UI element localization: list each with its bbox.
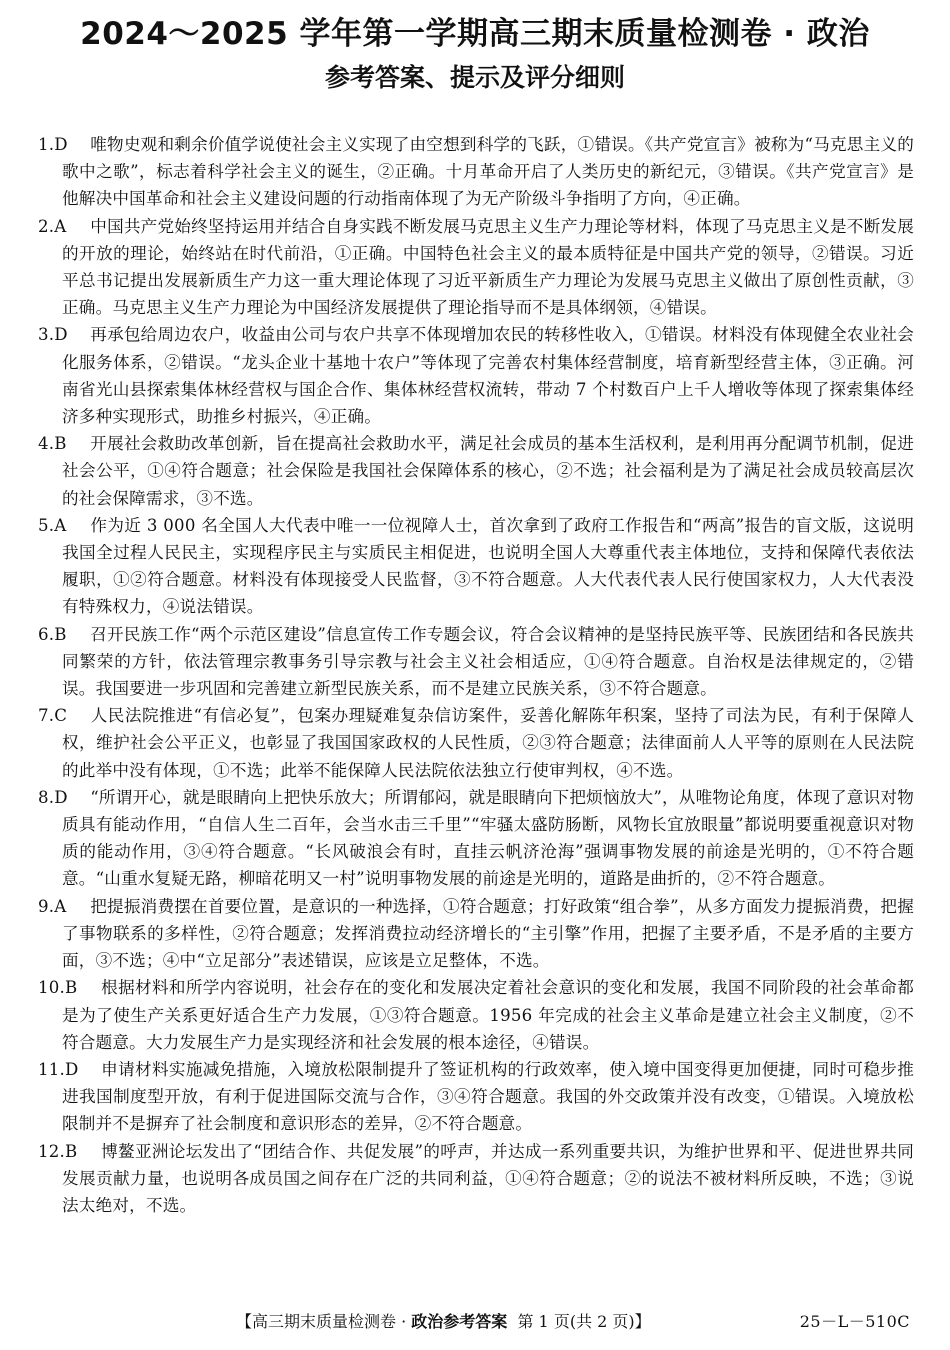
answer-explanation: 召开民族工作“两个示范区建设”信息宣传工作专题会议，符合会议精神的是坚持民族平等…	[62, 625, 914, 698]
answer-explanation: 唯物史观和剩余价值学说使社会主义实现了由空想到科学的飞跃，①错误。《共产党宣言》…	[62, 135, 914, 208]
answer-item-6: 6.B召开民族工作“两个示范区建设”信息宣传工作专题会议，符合会议精神的是坚持民…	[38, 621, 914, 703]
answer-explanation: 申请材料实施减免措施，入境放松限制提升了签证机构的行政效率，使入境中国变得更加便…	[62, 1060, 914, 1133]
answer-letter: B	[54, 621, 90, 648]
answer-item-5: 5.A作为近 3 000 名全国人大代表中唯一一位视障人士，首次拿到了政府工作报…	[38, 512, 914, 621]
answer-explanation: 根据材料和所学内容说明，社会存在的变化和发展决定着社会意识的变化和发展，我国不同…	[62, 978, 914, 1051]
answer-number: 10.	[38, 978, 65, 997]
answer-letter: B	[65, 974, 101, 1001]
document-title: 2024～2025 学年第一学期高三期末质量检测卷 · 政治	[0, 12, 950, 56]
answer-number: 1.	[38, 135, 54, 154]
footer-open-bracket: 【	[236, 1312, 252, 1331]
answer-explanation: 开展社会救助改革创新，旨在提高社会救助水平，满足社会成员的基本生活权利，是利用再…	[62, 434, 914, 507]
answer-explanation: 人民法院推进“有信必复”，包案办理疑难复杂信访案件，妥善化解陈年积案，坚持了司法…	[62, 706, 914, 779]
answer-number: 7.	[38, 706, 54, 725]
answer-number: 4.	[38, 434, 54, 453]
answer-explanation: “所谓开心，就是眼睛向上把快乐放大；所谓郁闷，就是眼睛向下把烦恼放大”，从唯物论…	[62, 788, 914, 889]
answer-letter: B	[65, 1138, 101, 1165]
answer-number: 8.	[38, 788, 54, 807]
answer-letter: D	[65, 1056, 101, 1083]
answer-number: 3.	[38, 325, 54, 344]
answer-item-12: 12.B博鳌亚洲论坛发出了“团结合作、共促发展”的呼声，并达成一系列重要共识，为…	[38, 1138, 914, 1220]
answer-item-8: 8.D“所谓开心，就是眼睛向上把快乐放大；所谓郁闷，就是眼睛向下把烦恼放大”，从…	[38, 784, 914, 893]
answer-explanation: 再承包给周边农户，收益由公司与农户共享不体现增加农民的转移性收入，①错误。材料没…	[62, 325, 914, 426]
answer-item-9: 9.A把提振消费摆在首要位置，是意识的一种选择，①符合题意；打好政策“组合拳”，…	[38, 893, 914, 975]
answer-number: 11.	[38, 1060, 65, 1079]
answer-explanation: 中国共产党始终坚持运用并结合自身实践不断发展马克思主义生产力理论等材料，体现了马…	[62, 217, 914, 318]
answer-explanation: 博鳌亚洲论坛发出了“团结合作、共促发展”的呼声，并达成一系列重要共识，为维护世界…	[62, 1142, 914, 1215]
answer-letter: D	[54, 321, 90, 348]
document-subtitle: 参考答案、提示及评分细则	[0, 60, 950, 96]
answer-item-1: 1.D唯物史观和剩余价值学说使社会主义实现了由空想到科学的飞跃，①错误。《共产党…	[38, 131, 914, 213]
answer-letter: C	[54, 702, 90, 729]
answer-number: 2.	[38, 217, 54, 236]
answer-item-10: 10.B根据材料和所学内容说明，社会存在的变化和发展决定着社会意识的变化和发展，…	[38, 974, 914, 1056]
page-footer: 【高三期末质量检测卷 · 政治参考答案 第 1 页(共 2 页)】 25－L－5…	[0, 1310, 950, 1334]
answer-number: 9.	[38, 897, 54, 916]
answer-list: 1.D唯物史观和剩余价值学说使社会主义实现了由空想到科学的飞跃，①错误。《共产党…	[38, 131, 914, 1219]
answer-letter: D	[54, 131, 90, 158]
footer-exam-name: 高三期末质量检测卷 ·	[252, 1312, 411, 1331]
footer-subject: 政治参考答案	[411, 1312, 507, 1331]
answer-number: 5.	[38, 516, 54, 535]
answer-letter: D	[54, 784, 90, 811]
footer-close-bracket: 】	[635, 1312, 651, 1331]
answer-item-3: 3.D再承包给周边农户，收益由公司与农户共享不体现增加农民的转移性收入，①错误。…	[38, 321, 914, 430]
answer-letter: A	[54, 512, 90, 539]
document-code: 25－L－510C	[800, 1310, 910, 1334]
page-number: 第 1 页(共 2 页)	[517, 1312, 634, 1331]
answer-item-4: 4.B开展社会救助改革创新，旨在提高社会救助水平，满足社会成员的基本生活权利，是…	[38, 430, 914, 512]
answer-explanation: 作为近 3 000 名全国人大代表中唯一一位视障人士，首次拿到了政府工作报告和“…	[62, 516, 914, 617]
answer-letter: B	[54, 430, 90, 457]
answer-item-7: 7.C人民法院推进“有信必复”，包案办理疑难复杂信访案件，妥善化解陈年积案，坚持…	[38, 702, 914, 784]
answer-explanation: 把提振消费摆在首要位置，是意识的一种选择，①符合题意；打好政策“组合拳”，从多方…	[62, 897, 914, 970]
answer-letter: A	[54, 213, 90, 240]
answer-item-11: 11.D申请材料实施减免措施，入境放松限制提升了签证机构的行政效率，使入境中国变…	[38, 1056, 914, 1138]
footer-label: 【高三期末质量检测卷 · 政治参考答案 第 1 页(共 2 页)】	[236, 1310, 651, 1334]
answer-letter: A	[54, 893, 90, 920]
answer-item-2: 2.A中国共产党始终坚持运用并结合自身实践不断发展马克思主义生产力理论等材料，体…	[38, 213, 914, 322]
answer-number: 12.	[38, 1142, 65, 1161]
answer-number: 6.	[38, 625, 54, 644]
